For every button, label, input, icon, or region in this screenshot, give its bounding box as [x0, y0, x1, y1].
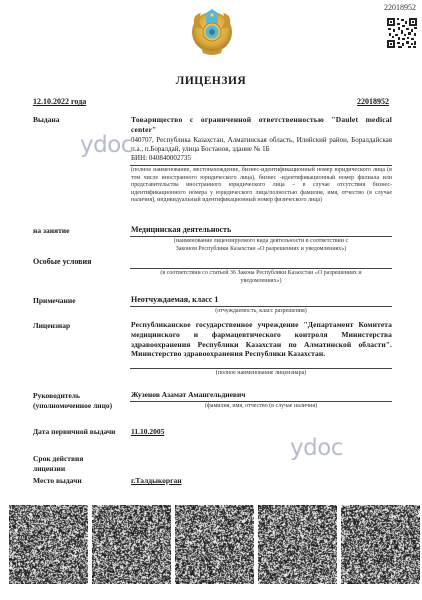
head-caption: (фамилия, имя, отчество (в случае наличи… [130, 403, 392, 411]
document-number-top: 22018952 [384, 3, 416, 12]
license-number: 22018952 [357, 97, 389, 106]
watermark-text: ydoc [80, 132, 133, 158]
licensee-name: Товарищество с ограниченной ответственно… [131, 115, 392, 134]
licensor-label: Лицензиар [33, 321, 70, 331]
note-label: Примечание [33, 296, 76, 306]
licensee-bin: БИН: 040840002735 [131, 154, 392, 163]
barcode-icon [92, 505, 171, 584]
barcode-icon [9, 505, 88, 584]
divider [130, 165, 392, 166]
validity-label-line2: лицензии [33, 464, 83, 474]
head-label: Руководитель (уполномоченное лицо) [33, 391, 112, 411]
validity-label: Срок действия лицензии [33, 454, 83, 474]
licensor-value: Республиканское государственное учрежден… [131, 320, 392, 359]
watermark-text: ydoc [290, 435, 343, 461]
divider [130, 268, 392, 269]
state-emblem-icon [187, 7, 237, 59]
barcode-icon [341, 505, 420, 584]
divider [130, 236, 392, 237]
activity-label: на занятие [33, 226, 69, 236]
special-conditions-caption: (в соответствии со статьей 36 Закона Рес… [130, 270, 392, 285]
first-issue-label: Дата первичной выдачи [33, 427, 116, 437]
divider [130, 368, 392, 369]
activity-value: Медицинская деятельность [131, 225, 392, 235]
place-value: г.Талдыкорган [131, 476, 182, 486]
barcode-icon [258, 505, 337, 584]
licensor-caption: (полное наименование лицензиара) [130, 370, 392, 378]
validity-label-line1: Срок действия [33, 454, 83, 464]
issue-date: 12.10.2022 года [33, 97, 86, 106]
qr-code-icon [386, 17, 418, 49]
document-title: ЛИЦЕНЗИЯ [0, 75, 422, 87]
note-caption: (отчуждаемость, класс разрешения) [130, 308, 392, 316]
head-name: Жузенов Азамат Амангельдиевич [131, 390, 392, 400]
note-value: Неотчуждаемая, класс 1 [131, 295, 392, 305]
head-label-line2: (уполномоченное лицо) [33, 401, 112, 411]
place-label: Место выдачи [33, 476, 82, 486]
barcode-icon [175, 505, 254, 584]
divider [130, 306, 392, 307]
licensee-caption: (полное наименование, местонахождение, б… [131, 167, 392, 205]
head-label-line1: Руководитель [33, 391, 112, 401]
special-conditions-label: Особые условия [33, 257, 91, 267]
divider [130, 401, 392, 402]
licensee-address: 040707, Республика Казахстан, Алматинска… [131, 136, 392, 154]
footer-barcodes [9, 505, 419, 585]
first-issue-date: 11.10.2005 [131, 427, 164, 437]
issued-to-label: Выдана [33, 115, 59, 125]
activity-caption: (наименование лицензируемого вида деятел… [130, 238, 392, 253]
